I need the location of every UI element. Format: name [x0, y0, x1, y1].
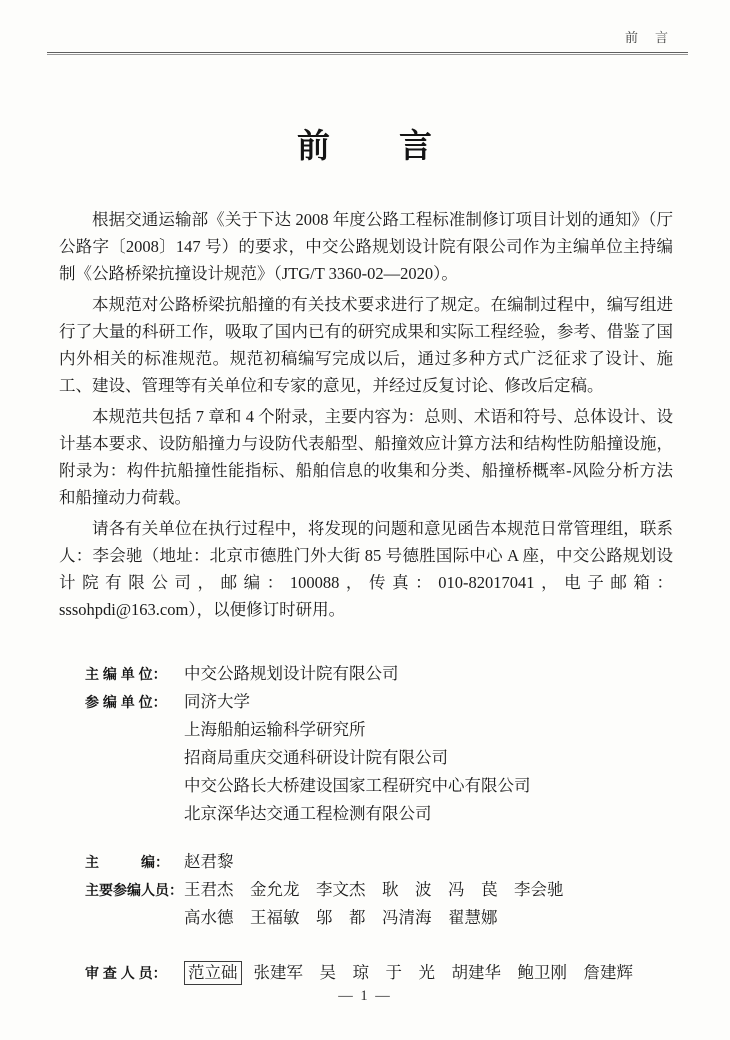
co-edit-unit-label: 参 编 单 位：: [85, 689, 184, 716]
chief-edit-unit-value: 中交公路规划设计院有限公司: [184, 664, 399, 683]
header-rule: [47, 52, 688, 55]
paragraph-1: 根据交通运输部《关于下达 2008 年度公路工程标准制修订项目计划的通知》（厅公…: [59, 206, 673, 287]
co-edit-unit-row: 招商局重庆交通科研设计院有限公司: [85, 744, 531, 772]
reviewers-row: 审 查 人 员：范立础张建军 吴 琼 于 光 胡建华 鲍卫刚 詹建辉: [85, 959, 633, 987]
document-page: 前 言 前 言 根据交通运输部《关于下达 2008 年度公路工程标准制修订项目计…: [0, 0, 730, 1040]
co-edit-unit-value-4: 中交公路长大桥建设国家工程研究中心有限公司: [184, 776, 531, 795]
reviewers-label: 审 查 人 员：: [85, 960, 184, 987]
co-edit-unit-value-5: 北京深华达交通工程检测有限公司: [184, 804, 432, 823]
co-edit-unit-value-1: 同济大学: [184, 692, 250, 711]
page-title: 前 言: [0, 120, 730, 167]
co-edit-unit-row: 上海船舶运输科学研究所: [85, 716, 531, 744]
chief-edit-unit-row: 主 编 单 位：中交公路规划设计院有限公司: [85, 660, 531, 688]
chief-editor-label: 主 编：: [85, 849, 184, 876]
main-participants-names-2: 高水德 王福敏 邬 都 冯清海 翟慧娜: [184, 908, 498, 927]
co-edit-unit-row: 北京深华达交通工程检测有限公司: [85, 800, 531, 828]
chief-edit-unit-label: 主 编 单 位：: [85, 661, 184, 688]
reviewer-boxed-name: 范立础: [184, 961, 242, 985]
paragraph-2: 本规范对公路桥梁抗船撞的有关技术要求进行了规定。在编制过程中，编写组进行了大量的…: [59, 291, 673, 399]
paragraph-3: 本规范共包括 7 章和 4 个附录，主要内容为：总则、术语和符号、总体设计、设计…: [59, 403, 673, 511]
main-participants-names-1: 王君杰 金允龙 李文杰 耿 波 冯 苠 李会驰: [184, 880, 564, 899]
chief-editor-row: 主 编：赵君黎: [85, 848, 564, 876]
main-participants-label: 主要参编人员：: [85, 877, 184, 904]
co-edit-unit-value-2: 上海船舶运输科学研究所: [184, 720, 366, 739]
chief-editor-name: 赵君黎: [184, 852, 234, 871]
main-participants-row: 主要参编人员：王君杰 金允龙 李文杰 耿 波 冯 苠 李会驰: [85, 876, 564, 904]
reviewer-names: 张建军 吴 琼 于 光 胡建华 鲍卫刚 詹建辉: [254, 963, 634, 982]
co-edit-unit-row: 参 编 单 位：同济大学: [85, 688, 531, 716]
running-header: 前 言: [625, 27, 670, 46]
editors-section: 主 编：赵君黎 主要参编人员：王君杰 金允龙 李文杰 耿 波 冯 苠 李会驰 高…: [85, 848, 564, 932]
main-participants-row: 高水德 王福敏 邬 都 冯清海 翟慧娜: [85, 904, 564, 932]
co-edit-unit-row: 中交公路长大桥建设国家工程研究中心有限公司: [85, 772, 531, 800]
reviewers-section: 审 查 人 员：范立础张建军 吴 琼 于 光 胡建华 鲍卫刚 詹建辉: [85, 959, 633, 987]
credits-section: 主 编 单 位：中交公路规划设计院有限公司 参 编 单 位：同济大学 上海船舶运…: [85, 660, 531, 828]
preface-body: 根据交通运输部《关于下达 2008 年度公路工程标准制修订项目计划的通知》（厅公…: [59, 206, 673, 623]
co-edit-unit-value-3: 招商局重庆交通科研设计院有限公司: [184, 748, 448, 767]
page-number: — 1 —: [0, 988, 730, 1005]
paragraph-4: 请各有关单位在执行过程中，将发现的问题和意见函告本规范日常管理组，联系人：李会驰…: [59, 515, 673, 623]
